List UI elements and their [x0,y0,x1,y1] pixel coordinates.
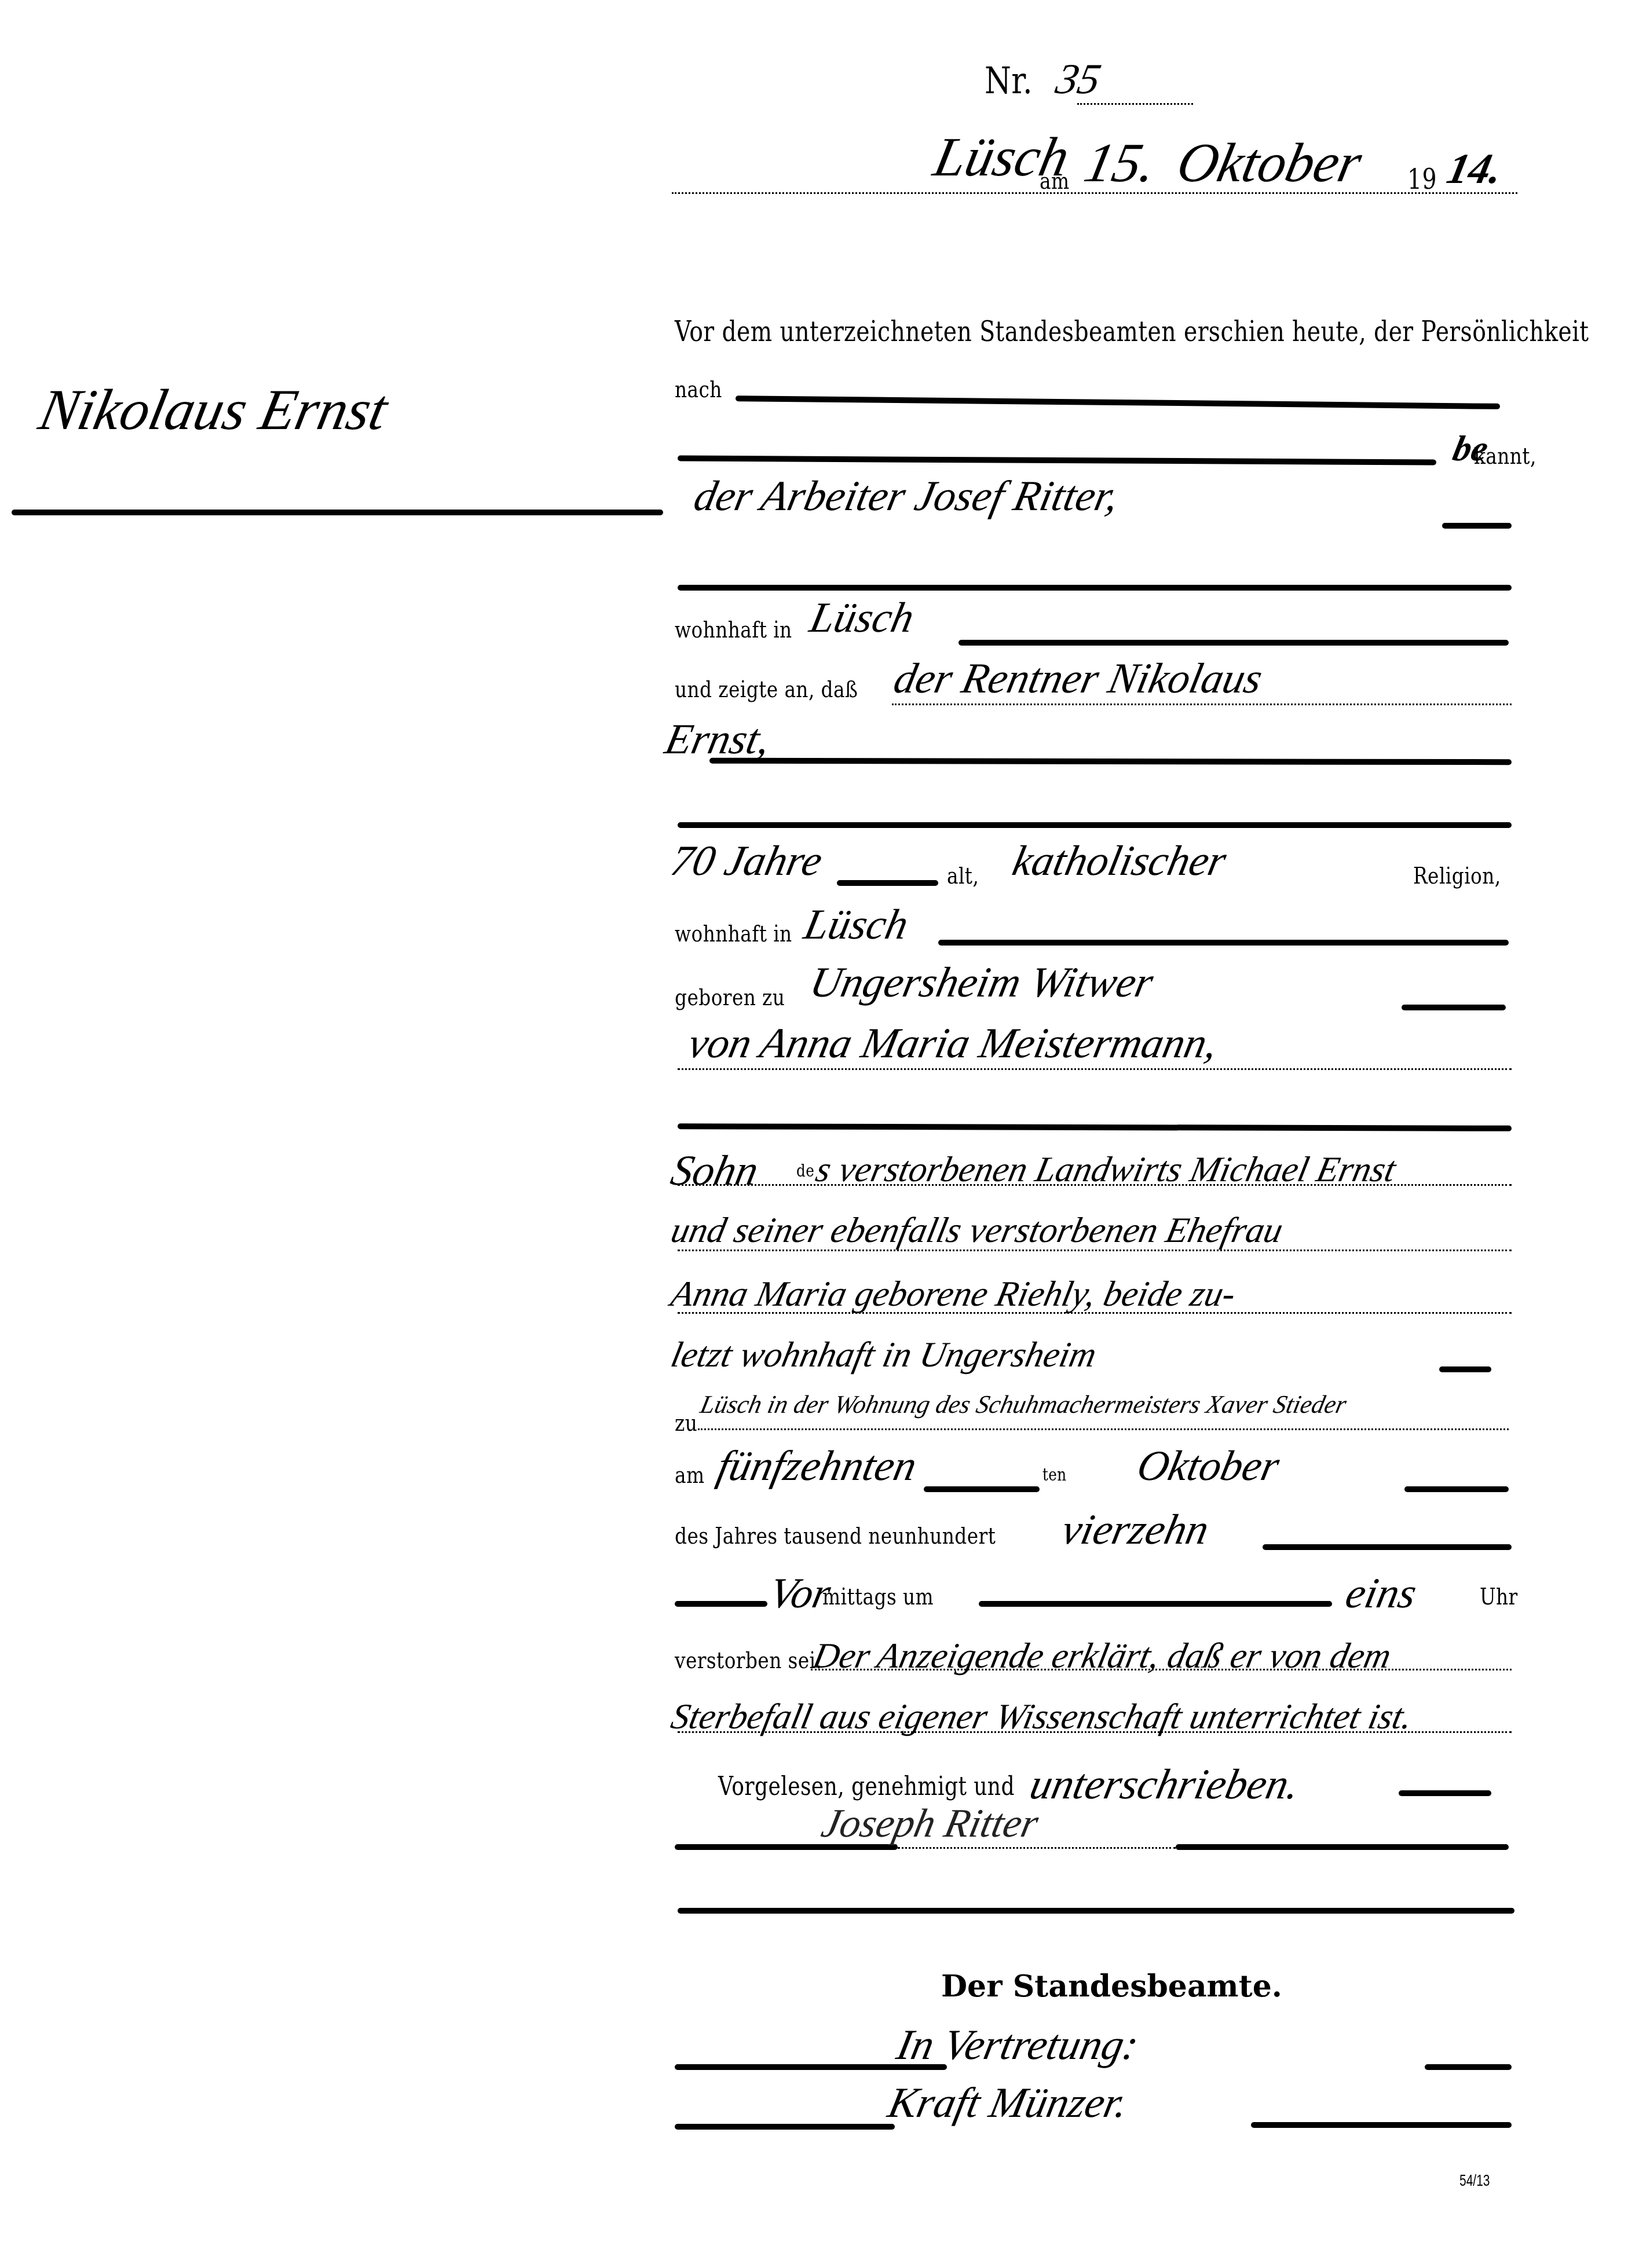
informant-residence-rule [958,640,1509,646]
official-line2-lead [675,2124,895,2130]
informant-line-rule [1442,523,1512,529]
parents-line1-label: de [796,1161,814,1181]
spouse-line-dots [678,1068,1512,1070]
deceased-age: 70 Jahre [667,837,826,886]
year-prefix: 19 [1407,163,1437,196]
am-label: am [1040,168,1069,195]
year-suffix: 14. [1443,145,1507,194]
deceased-religion: katholischer [1008,837,1231,886]
official-signature: Kraft Münzer. [884,2079,1132,2128]
deceased-name-line1: der Rentner Nikolaus [890,654,1267,704]
birthplace-rule [1402,1005,1506,1010]
parents-line1-a: Sohn [667,1146,763,1196]
official-line2-tail [1251,2122,1512,2128]
register-number: Nr. 35 [985,55,1100,104]
informant-signature-dots [898,1847,1176,1849]
death-year-label: des Jahres tausend neunhundert [675,1523,996,1549]
signature-tail-rule [1176,1844,1509,1850]
spouse-section-rule [678,1123,1512,1131]
birthplace: Ungersheim Witwer [806,958,1158,1007]
nach-label: nach [675,376,722,403]
uhr-label: Uhr [1480,1584,1518,1610]
alt-label: alt, [947,863,979,889]
zeigte-an-label: und zeigte an, daß [675,676,858,703]
death-month: Oktober [1133,1442,1284,1491]
informant-residence: Lüsch [806,593,919,643]
age-rule [837,880,938,886]
official-title: Der Standesbeamte. [941,1969,1282,2004]
bekannt-label: kannt, [1474,443,1536,470]
parents-line4-rule [1439,1366,1491,1372]
death-hour: eins [1341,1569,1421,1618]
official-line1-tail [1425,2064,1512,2070]
parents-line2: und seiner ebenfalls verstorbenen Ehefra… [667,1210,1286,1251]
place-of-death-dots [698,1428,1509,1430]
birthplace-label: geboren zu [675,984,785,1011]
deceased-residence-rule [938,940,1509,946]
remark-line1-dots [811,1669,1512,1670]
number-label: Nr. [985,60,1033,102]
informant-name: der Arbeiter Josef Ritter, [690,472,1123,521]
death-year-rule [1263,1544,1512,1550]
informant-residence-label: wohnhaft in [675,617,792,643]
informant-signature: Joseph Ritter [817,1801,1042,1847]
deceased-line2-rule [709,758,1512,765]
empty-line-rule [678,585,1512,591]
religion-label: Religion, [1413,863,1501,889]
verstorben-label: verstorben sei. [675,1647,822,1674]
remark-line1: Der Anzeigende erklärt, daß er von dem [809,1636,1395,1677]
unterschrieben: unterschrieben. [1026,1760,1304,1809]
parents-line4: letzt wohnhaft in Ungersheim [667,1335,1100,1376]
spouse-line: von Anna Maria Meistermann, [684,1019,1222,1068]
number-value: 35 [1052,55,1105,104]
time-mid-rule [979,1601,1332,1607]
remark-line2-dots [678,1731,1512,1733]
parents-line2-dots [678,1250,1512,1251]
blank-rule-2 [678,822,1512,828]
death-day-am-label: am [675,1462,704,1489]
official-line1: In Vertretung: [892,2021,1143,2070]
death-month-rule [1404,1486,1509,1492]
parents-line1-dots [678,1184,1512,1186]
registration-day: 15. [1079,130,1162,195]
place-of-death: Lüsch in der Wohnung des Schuhmachermeis… [698,1390,1349,1419]
deceased-name-line2: Ernst, [661,715,775,764]
bekannt-strike [678,456,1436,466]
death-day-rule [924,1486,1040,1492]
deceased-residence-label: wohnhaft in [675,921,792,947]
signature-blank-rule [678,1908,1514,1914]
parents-line3-dots [678,1312,1512,1314]
margin-deceased-name: Nikolaus Ernst [34,376,394,443]
time-label: mittags um [822,1584,934,1610]
deceased-residence: Lüsch [800,900,913,950]
vorgelesen-label: Vorgelesen, genehmigt und [718,1772,1015,1801]
ten-label: ten [1042,1465,1067,1485]
parents-line3: Anna Maria geborene Riehly, beide zu- [667,1274,1239,1315]
intro-text: Vor dem unterzeichneten Standesbeamten e… [675,316,1589,348]
nach-strike [736,395,1500,409]
number-underline [1077,103,1193,105]
death-day: fünfzehnten [713,1442,921,1491]
death-year-words: vierzehn [1058,1505,1213,1555]
place-of-death-label: zu [675,1410,697,1437]
deceased-line1-dots [892,704,1512,705]
vorgelesen-rule [1399,1790,1491,1796]
time-lead-rule [675,1601,767,1607]
registration-month: Oktober [1172,130,1367,195]
form-code: 54/13 [1459,2171,1490,2190]
margin-rule [12,510,663,515]
